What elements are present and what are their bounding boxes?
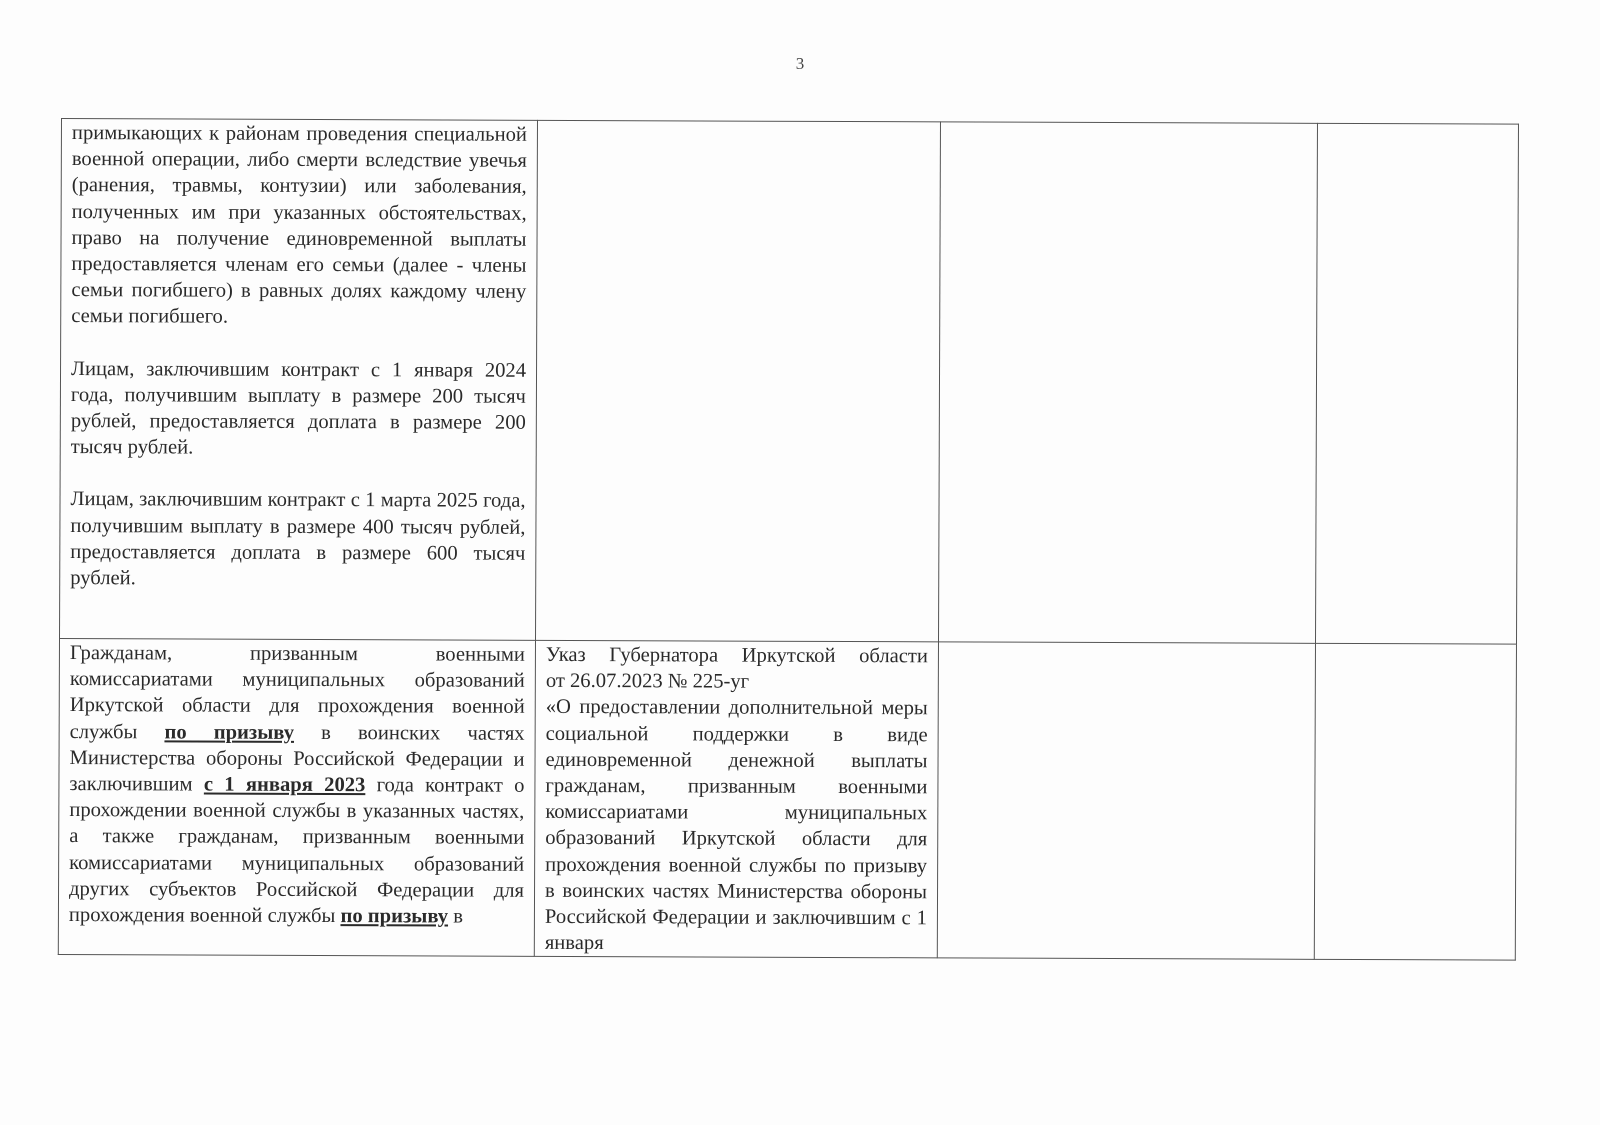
paragraph-family-payment: примыкающих к районам проведения специал… [71,120,527,331]
paragraph-conscripts: Гражданам, призванным военными комиссари… [69,640,525,930]
text-segment: года контракт о прохождении военной служ… [69,774,525,927]
emphasis-date: с 1 января 2023 [204,774,366,797]
table-cell-empty [937,642,1315,960]
table-cell-empty [1315,123,1518,644]
decree-date-number: от 26.07.2023 № 225-уг [546,668,928,696]
table-cell-empty [1314,643,1516,960]
benefits-table: примыкающих к районам проведения специал… [58,118,1519,961]
emphasis-by-conscription: по призыву [340,905,448,927]
table-cell-legal-basis: Указ Губернатора Иркутской области от 26… [534,640,938,958]
emphasis-by-conscription: по призыву [164,721,294,743]
table-cell-empty [938,122,1317,643]
table-row: Гражданам, призванным военными комиссари… [58,638,1516,960]
paragraph-2024-supplement: Лицам, заключившим контракт с 1 января 2… [71,356,526,463]
paragraph-2025-supplement: Лицам, заключившим контракт с 1 марта 20… [70,486,525,593]
decree-name: «О предоставлении дополнительной меры со… [545,694,928,957]
table-row: примыкающих к районам проведения специал… [60,119,1519,645]
decree-title: Указ Губернатора Иркутской области [546,642,928,670]
table-cell-legal-basis [535,120,940,642]
page-number: 3 [0,54,1600,74]
table-cell-description: примыкающих к районам проведения специал… [60,119,538,641]
text-segment: в [448,906,463,928]
table-cell-description: Гражданам, призванным военными комиссари… [58,638,535,956]
